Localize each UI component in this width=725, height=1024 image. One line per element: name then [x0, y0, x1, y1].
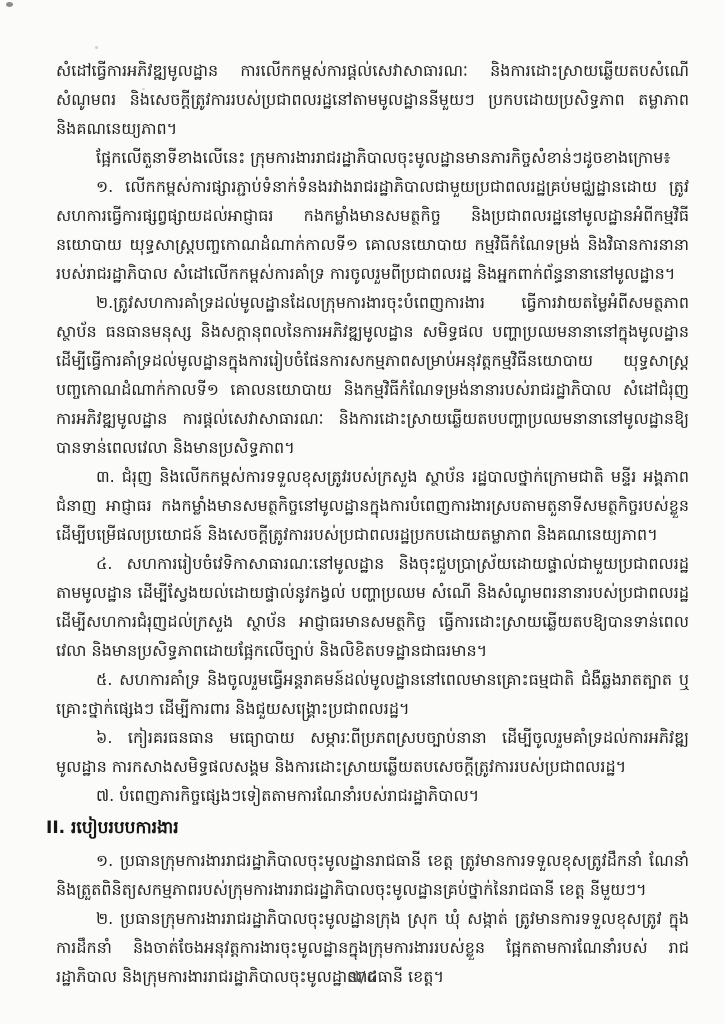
- section-heading: II. របៀបរបបការងារ: [46, 812, 689, 844]
- scan-speck: [95, 46, 98, 49]
- paragraph-continuation: សំដៅធ្វើការអភិវឌ្ឍមូលដ្ឋាន ការលើកកម្ពស់ក…: [56, 56, 689, 143]
- page-number: ៧/៤: [0, 968, 725, 990]
- paragraph-item-4: ៤. សហការរៀបចំវេទិកាសាធារណៈនៅមូលដ្ឋាន និង…: [56, 549, 689, 665]
- paragraph-section2-item-1: ១. ប្រធានក្រុមការងាររាជរដ្ឋាភិបាលចុះមូលដ…: [56, 846, 689, 904]
- paragraph-item-6: ៦. កៀរគរធនធាន មធ្យោបាយ សម្ភារៈពីប្រភពស្រ…: [56, 723, 689, 781]
- paragraph-item-7: ៧. បំពេញភារកិច្ចផ្សេងៗទៀតតាមការណែនាំរបស់…: [56, 781, 689, 810]
- scan-speck: [6, 2, 13, 7]
- document-body: សំដៅធ្វើការអភិវឌ្ឍមូលដ្ឋាន ការលើកកម្ពស់ក…: [56, 56, 689, 991]
- paragraph-lead-in: ផ្អែកលើតួនាទីខាងលើនេះ ក្រុមការងាររាជរដ្ឋ…: [56, 143, 689, 172]
- paragraph-item-5: ៥. សហការគាំទ្រ និងចូលរួមធ្វើអន្តរាគមន៍ដល…: [56, 665, 689, 723]
- scanned-document-page: សំដៅធ្វើការអភិវឌ្ឍមូលដ្ឋាន ការលើកកម្ពស់ក…: [0, 0, 725, 1024]
- paragraph-item-3: ៣. ជំរុញ និងលើកកម្ពស់ការទទួលខុសត្រូវរបស់…: [56, 462, 689, 549]
- paragraph-item-1: ១. លើកកម្ពស់ការផ្សារភ្ជាប់ទំនាក់ទំនងរវាង…: [56, 172, 689, 288]
- paragraph-item-2: ២.ត្រូវសហការគាំទ្រដល់មូលដ្ឋានដែលក្រុមការ…: [56, 288, 689, 462]
